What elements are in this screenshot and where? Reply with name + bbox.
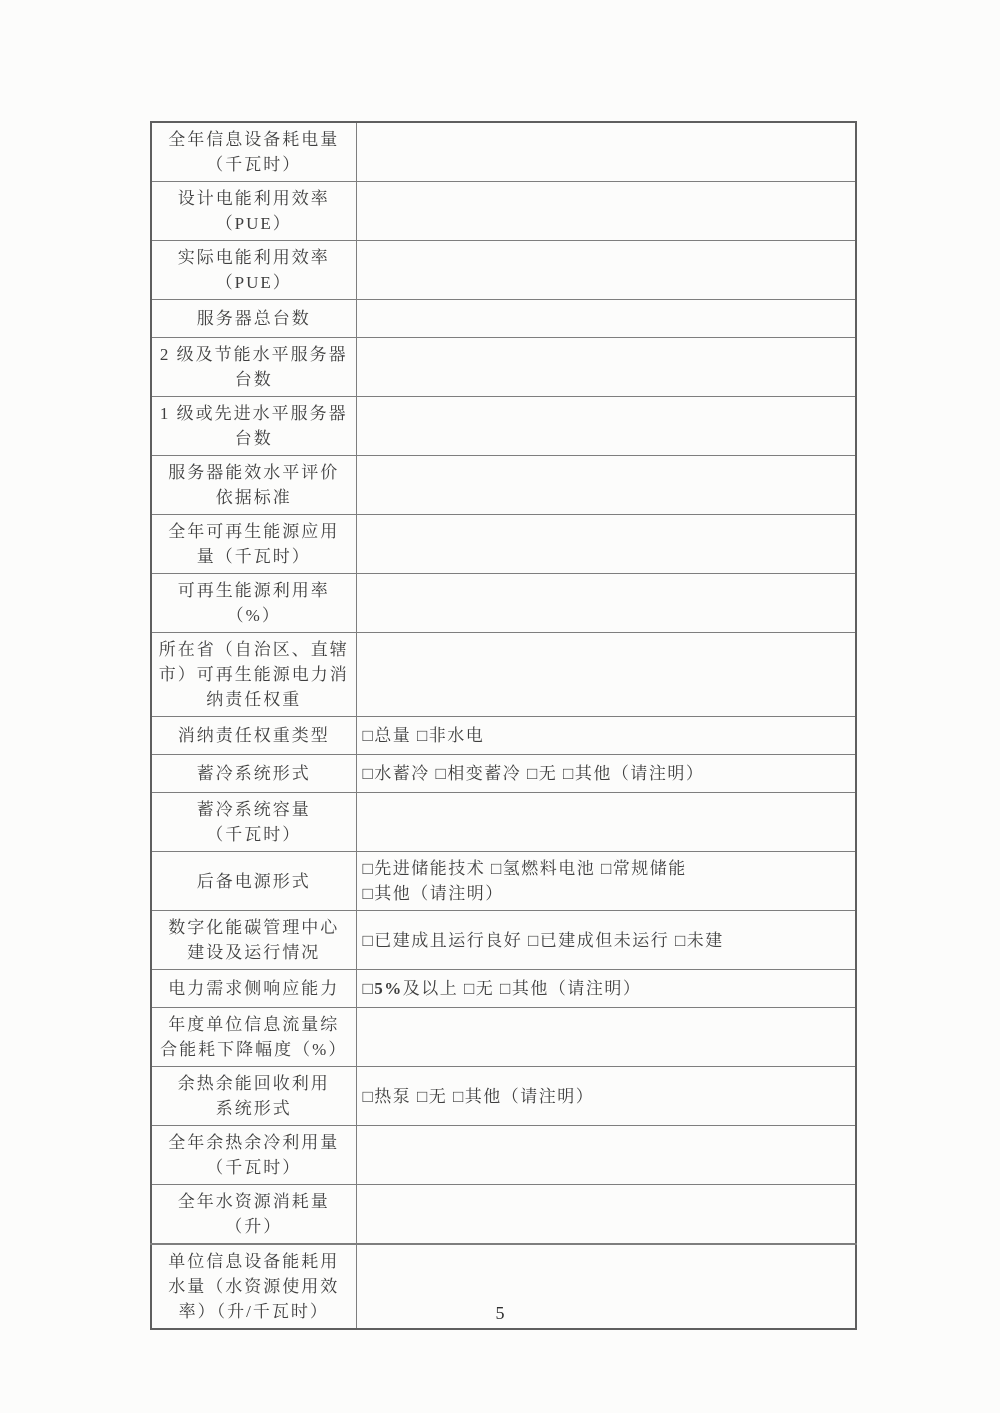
row-label-cell: 所在省（自治区、直辖 市）可再生能源电力消 纳责任权重 [151,633,356,717]
row-value-cell: □水蓄冷 □相变蓄冷 □无 □其他（请注明） [356,755,856,793]
table-row: 1 级或先进水平服务器 台数 [151,397,856,456]
table-row: 服务器总台数 [151,300,856,338]
row-label-cell: 余热余能回收利用 系统形式 [151,1067,356,1126]
energy-report-form-table: 全年信息设备耗电量 （千瓦时）设计电能利用效率 （PUE）实际电能利用效率 （P… [150,121,857,1330]
row-value-cell [356,338,856,397]
row-label-cell: 设计电能利用效率 （PUE） [151,182,356,241]
row-label-cell: 全年余热余冷利用量 （千瓦时） [151,1126,356,1185]
row-label-cell: 电力需求侧响应能力 [151,970,356,1008]
table-row: 电力需求侧响应能力□5%及以上 □无 □其他（请注明） [151,970,856,1008]
row-label-cell: 蓄冷系统形式 [151,755,356,793]
row-value-cell [356,397,856,456]
row-value-cell [356,633,856,717]
table-row: 实际电能利用效率 （PUE） [151,241,856,300]
table-row: 消纳责任权重类型□总量 □非水电 [151,717,856,755]
row-value-cell [356,300,856,338]
form-table-body: 全年信息设备耗电量 （千瓦时）设计电能利用效率 （PUE）实际电能利用效率 （P… [151,122,856,1329]
row-label-cell: 实际电能利用效率 （PUE） [151,241,356,300]
table-row: 余热余能回收利用 系统形式□热泵 □无 □其他（请注明） [151,1067,856,1126]
row-label-cell: 服务器总台数 [151,300,356,338]
row-value-cell [356,241,856,300]
row-value-cell [356,574,856,633]
row-label-cell: 数字化能碳管理中心 建设及运行情况 [151,911,356,970]
row-label-cell: 服务器能效水平评价 依据标准 [151,456,356,515]
row-value-cell [356,1126,856,1185]
table-row: 设计电能利用效率 （PUE） [151,182,856,241]
row-label-cell: 全年可再生能源应用 量（千瓦时） [151,515,356,574]
table-row: 年度单位信息流量综 合能耗下降幅度（%） [151,1008,856,1067]
row-value-cell [356,182,856,241]
row-value-cell [356,1185,856,1245]
row-value-cell: □5%及以上 □无 □其他（请注明） [356,970,856,1008]
table-row: 蓄冷系统形式□水蓄冷 □相变蓄冷 □无 □其他（请注明） [151,755,856,793]
table-row: 服务器能效水平评价 依据标准 [151,456,856,515]
table-row: 全年水资源消耗量 （升） [151,1185,856,1245]
row-value-cell [356,1008,856,1067]
row-label-cell: 年度单位信息流量综 合能耗下降幅度（%） [151,1008,356,1067]
table-row: 蓄冷系统容量 （千瓦时） [151,793,856,852]
row-label-cell: 可再生能源利用率 （%） [151,574,356,633]
row-label-cell: 2 级及节能水平服务器 台数 [151,338,356,397]
table-row: 2 级及节能水平服务器 台数 [151,338,856,397]
row-value-cell [356,122,856,182]
row-value-cell: □已建成且运行良好 □已建成但未运行 □未建 [356,911,856,970]
row-label-cell: 蓄冷系统容量 （千瓦时） [151,793,356,852]
row-label-cell: 后备电源形式 [151,852,356,911]
table-row: 全年信息设备耗电量 （千瓦时） [151,122,856,182]
document-page: 全年信息设备耗电量 （千瓦时）设计电能利用效率 （PUE）实际电能利用效率 （P… [0,0,1000,1413]
table-row: 数字化能碳管理中心 建设及运行情况□已建成且运行良好 □已建成但未运行 □未建 [151,911,856,970]
table-row: 可再生能源利用率 （%） [151,574,856,633]
row-label-cell: 全年水资源消耗量 （升） [151,1185,356,1245]
table-row: 后备电源形式□先进储能技术 □氢燃料电池 □常规储能 □其他（请注明） [151,852,856,911]
row-value-cell [356,515,856,574]
row-value-cell [356,793,856,852]
row-value-cell [356,456,856,515]
row-value-cell: □先进储能技术 □氢燃料电池 □常规储能 □其他（请注明） [356,852,856,911]
row-value-cell: □热泵 □无 □其他（请注明） [356,1067,856,1126]
table-row: 所在省（自治区、直辖 市）可再生能源电力消 纳责任权重 [151,633,856,717]
row-label-cell: 1 级或先进水平服务器 台数 [151,397,356,456]
row-label-cell: 全年信息设备耗电量 （千瓦时） [151,122,356,182]
table-row: 全年余热余冷利用量 （千瓦时） [151,1126,856,1185]
row-value-cell: □总量 □非水电 [356,717,856,755]
page-number: 5 [0,1303,1000,1324]
row-label-cell: 消纳责任权重类型 [151,717,356,755]
table-row: 全年可再生能源应用 量（千瓦时） [151,515,856,574]
